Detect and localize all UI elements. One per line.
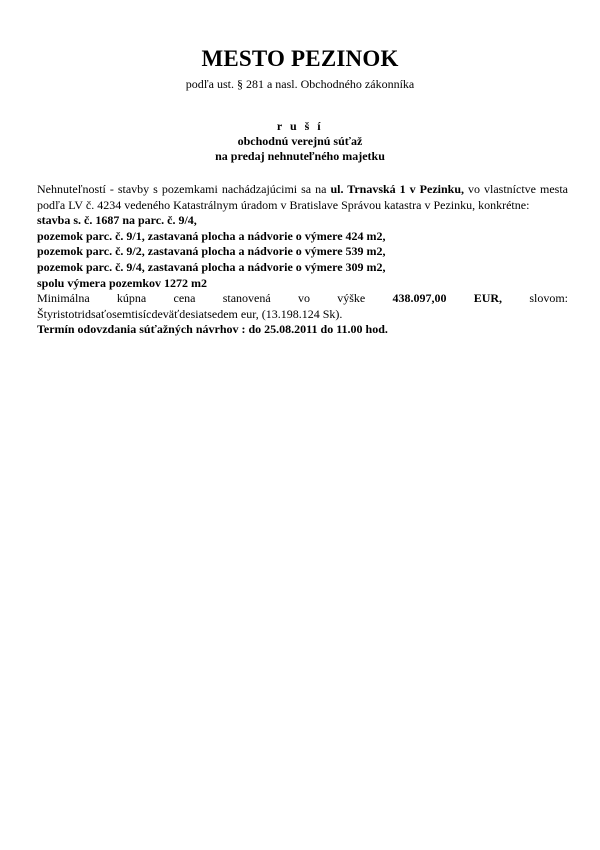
price-in-words: Štyristotridsaťosemtisícdeväťdesiatsedem… bbox=[37, 307, 342, 321]
price-amount: 438.097,00 EUR, bbox=[392, 291, 502, 305]
intro-paragraph: Nehnuteľností - stavby s pozemkami nachá… bbox=[37, 182, 568, 213]
document-title: MESTO PEZINOK bbox=[0, 44, 600, 74]
document-page: MESTO PEZINOK podľa ust. § 281 a nasl. O… bbox=[0, 0, 600, 850]
price-label: Minimálna kúpna cena stanovená vo výške bbox=[37, 291, 392, 305]
announcement-heading: r u š í obchodnú verejnú súťaž na predaj… bbox=[0, 119, 600, 164]
heading-line-1: obchodnú verejnú súťaž bbox=[0, 134, 600, 149]
document-subtitle: podľa ust. § 281 a nasl. Obchodného záko… bbox=[0, 77, 600, 92]
price-words-label: slovom: bbox=[502, 291, 568, 305]
price-paragraph: Minimálna kúpna cena stanovená vo výške … bbox=[37, 291, 568, 322]
property-item: stavba s. č. 1687 na parc. č. 9/4, bbox=[37, 213, 568, 229]
property-address: ul. Trnavská 1 v Pezinku, bbox=[330, 182, 464, 196]
property-item: pozemok parc. č. 9/1, zastavaná plocha a… bbox=[37, 229, 568, 245]
property-list: stavba s. č. 1687 na parc. č. 9/4, pozem… bbox=[37, 213, 568, 291]
heading-line-2: na predaj nehnuteľného majetku bbox=[0, 149, 600, 164]
submission-deadline: Termín odovzdania súťažných návrhov : do… bbox=[37, 322, 568, 338]
heading-action: r u š í bbox=[0, 119, 600, 134]
property-item: pozemok parc. č. 9/2, zastavaná plocha a… bbox=[37, 244, 568, 260]
property-item: pozemok parc. č. 9/4, zastavaná plocha a… bbox=[37, 260, 568, 276]
property-item: spolu výmera pozemkov 1272 m2 bbox=[37, 276, 568, 292]
intro-text-1: Nehnuteľností - stavby s pozemkami nachá… bbox=[37, 182, 330, 196]
document-body: Nehnuteľností - stavby s pozemkami nachá… bbox=[37, 182, 568, 338]
